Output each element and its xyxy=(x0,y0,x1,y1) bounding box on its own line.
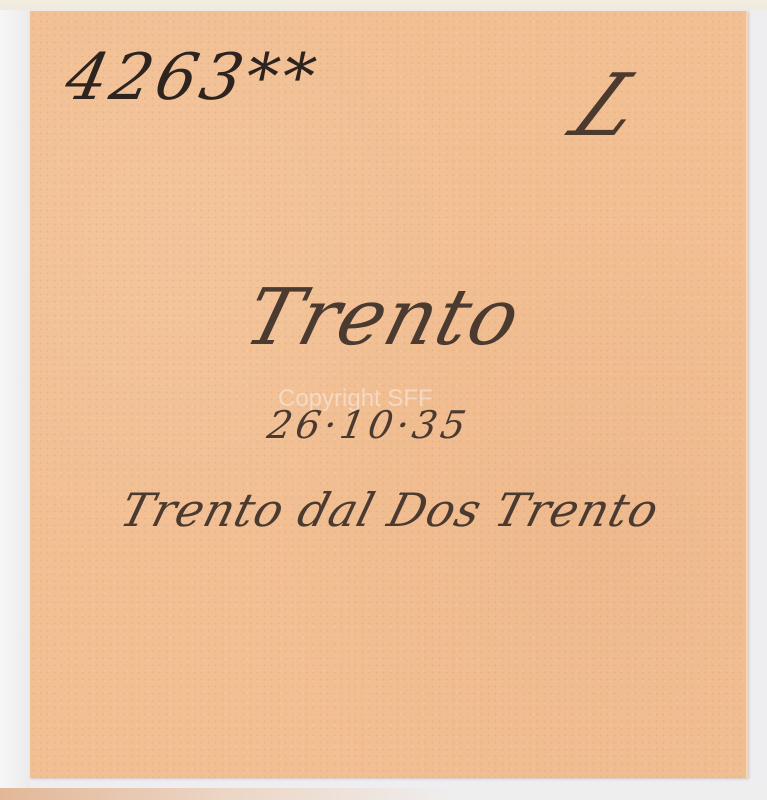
date-line: 26·10·35 xyxy=(264,403,473,447)
caption-line: Trento dal Dos Trento xyxy=(115,483,666,537)
background-bottom-strip xyxy=(0,788,767,800)
place-title: Trento xyxy=(236,273,530,363)
paper-envelope: 4263** L Trento Copyright SFF 26·10·35 T… xyxy=(30,11,748,778)
background-top-strip xyxy=(0,0,767,10)
catalog-mark: L xyxy=(553,56,668,156)
background-left-margin xyxy=(0,10,30,800)
catalog-number: 4263** xyxy=(59,41,326,115)
